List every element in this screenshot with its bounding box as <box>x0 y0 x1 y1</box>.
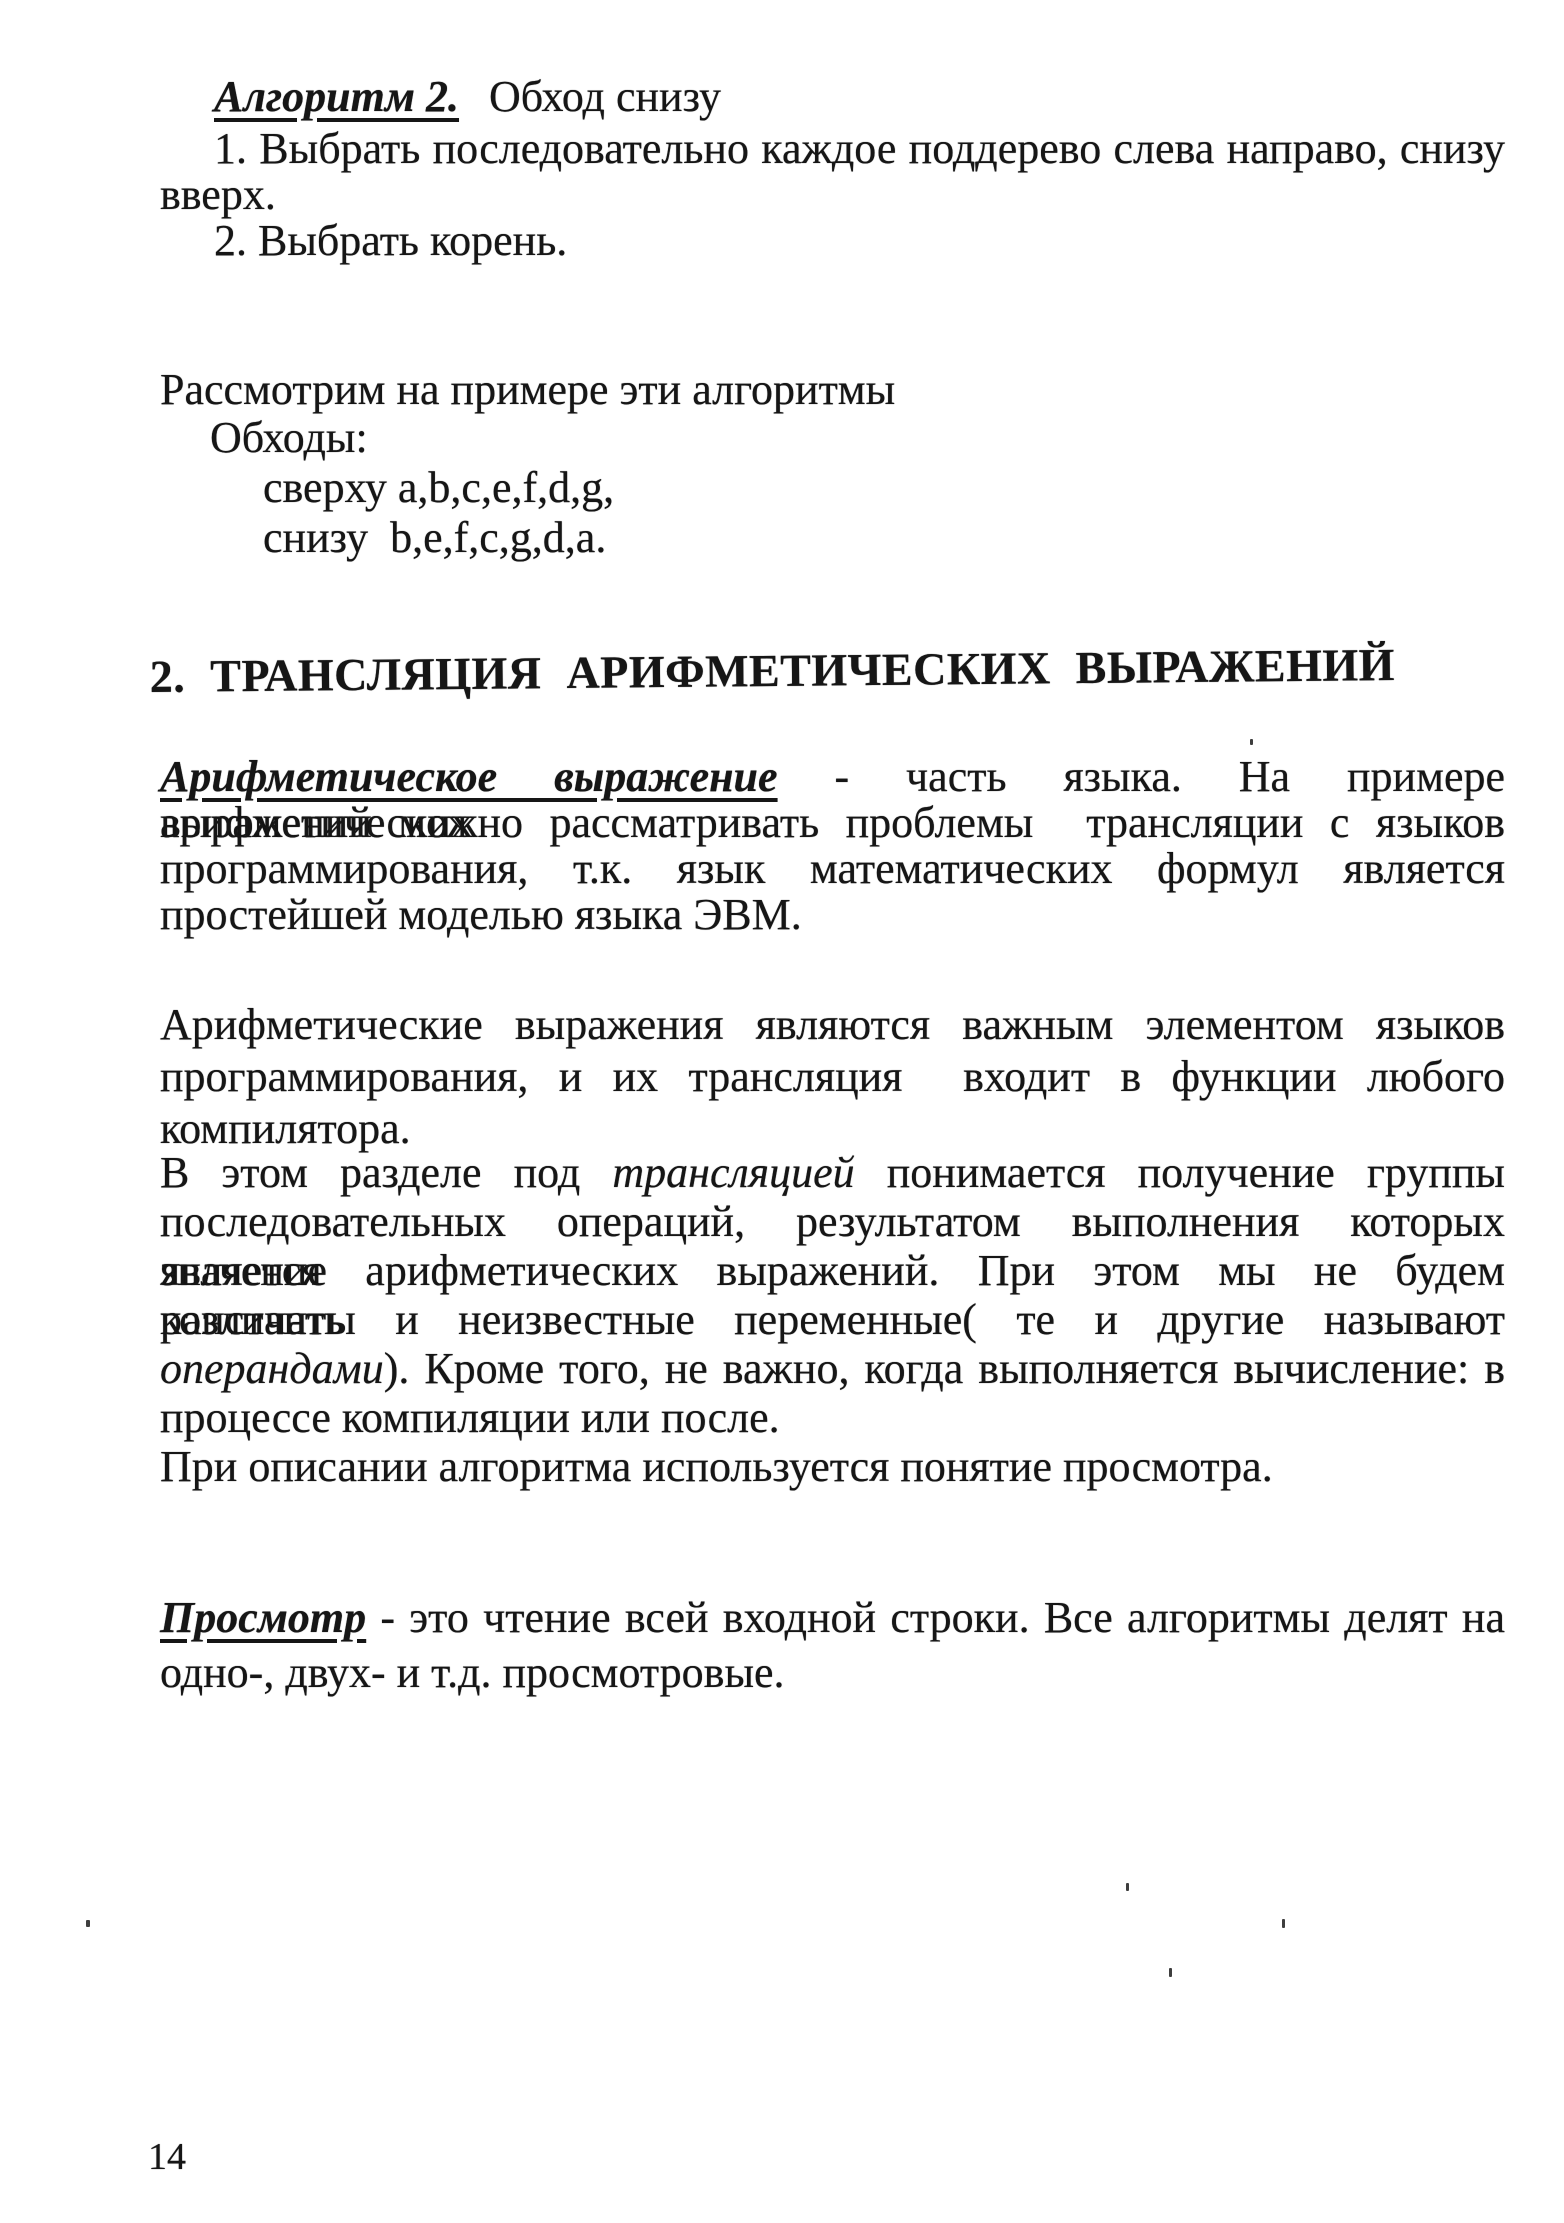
scan-def-line-2: одно-, двух- и т.д. просмотровые. <box>160 1647 1505 1699</box>
operands-term-italic: операндами <box>160 1344 384 1393</box>
translation-line-4: константы и неизвестные переменные( те и… <box>160 1295 1505 1344</box>
translation-line-5: операндами). Кроме того, не важно, когда… <box>160 1344 1505 1393</box>
scan-term-underlined: Просмотр <box>160 1593 366 1642</box>
scan-speck <box>1250 739 1253 745</box>
scan-speck <box>1282 1919 1285 1928</box>
scan-def-line-1-text: - это чтение всей входной строки. Все ал… <box>366 1593 1505 1642</box>
scan-note-line: При описании алгоритма используется поня… <box>160 1444 1505 1490</box>
scan-speck <box>1126 1883 1129 1891</box>
translation-line-1-pre: В этом разделе под <box>160 1148 612 1197</box>
definition-line-3: программирования, т.к. язык математическ… <box>160 846 1505 892</box>
scan-def-line-1: Просмотр - это чтение всей входной строк… <box>160 1592 1505 1644</box>
translation-term-italic: трансляцией <box>612 1148 854 1197</box>
section2-heading: 2. ТРАНСЛЯЦИЯ АРИФМЕТИЧЕСКИХ ВЫРАЖЕНИЙ <box>150 640 1396 702</box>
traversals-label: Обходы: <box>160 415 1505 461</box>
definition-line-2: выражений можно рассматривать проблемы т… <box>160 800 1505 846</box>
algorithm2-step1-line1: 1. Выбрать последовательно каждое поддер… <box>160 126 1505 172</box>
algorithm2-title-text: Обход снизу <box>489 72 721 121</box>
importance-line-1: Арифметические выражения являются важным… <box>160 1000 1505 1050</box>
algorithm2-step1-line2: вверх. <box>160 172 1505 218</box>
definition-term-underlined: Арифметическое выражение <box>160 752 778 801</box>
translation-line-5-text: ). Кроме того, не важно, когда выполняет… <box>384 1344 1505 1393</box>
definition-line-4: простейшей моделью языка ЭВМ. <box>160 892 1505 938</box>
page-number: 14 <box>148 2136 186 2178</box>
traversal-bottom-up: снизу b,e,f,c,g,d,a. <box>160 515 1505 561</box>
translation-line-1-post: понимается получение группы <box>855 1148 1505 1197</box>
traversal-top-down: сверху a,b,c,e,f,d,g, <box>160 465 1505 511</box>
translation-line-1: В этом разделе под трансляцией понимаетс… <box>160 1148 1505 1197</box>
importance-line-3: компилятора. <box>160 1104 1505 1154</box>
algorithm2-title-line: Алгоритм 2.Обход снизу <box>160 74 1505 120</box>
scan-speck <box>1169 1968 1172 1977</box>
scan-speck <box>86 1920 90 1927</box>
example-intro-line: Рассмотрим на примере эти алгоритмы <box>160 367 1505 413</box>
algorithm2-title-underlined: Алгоритм 2. <box>214 72 459 121</box>
scanned-page: Алгоритм 2.Обход снизу 1. Выбрать послед… <box>0 0 1564 2223</box>
translation-line-6: процессе компиляции или после. <box>160 1393 1505 1442</box>
importance-line-2: программирования, и их трансляция входит… <box>160 1052 1505 1102</box>
algorithm2-step2: 2. Выбрать корень. <box>160 218 1505 264</box>
